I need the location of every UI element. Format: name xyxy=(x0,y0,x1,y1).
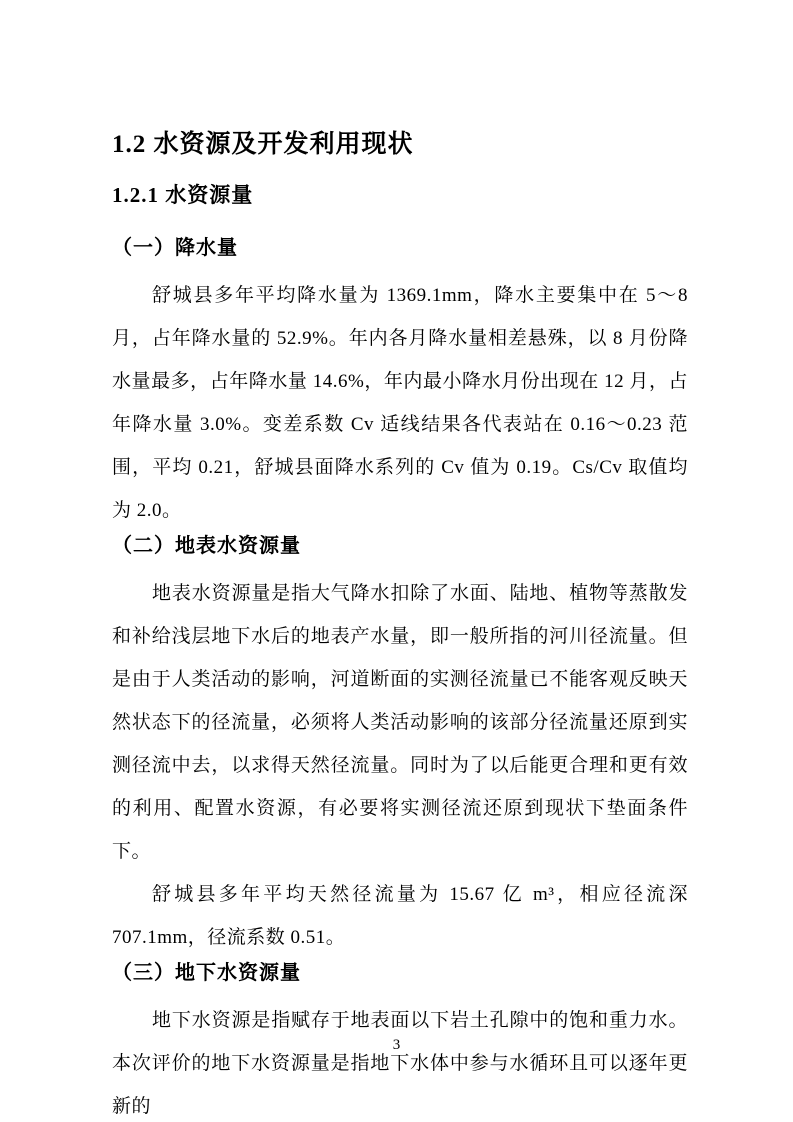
paragraph-precipitation: 舒城县多年平均降水量为 1369.1mm，降水主要集中在 5～8 月，占年降水量… xyxy=(112,274,688,532)
section-heading-water-resources-amount: 1.2.1 水资源量 xyxy=(112,182,688,208)
paragraph-groundwater: 地下水资源是指赋存于地表面以下岩土孔隙中的饱和重力水。本次评价的地下水资源量是指… xyxy=(112,999,688,1122)
page-number: 3 xyxy=(0,1036,793,1054)
subsection-heading-precipitation: （一）降水量 xyxy=(112,236,688,260)
subsection-heading-surface-water: （二）地表水资源量 xyxy=(112,534,688,558)
chapter-heading: 1.2 水资源及开发利用现状 xyxy=(112,130,688,160)
paragraph-surface-water-definition: 地表水资源量是指大气降水扣除了水面、陆地、植物等蒸散发和补给浅层地下水后的地表产… xyxy=(112,572,688,873)
document-page: 1.2 水资源及开发利用现状 1.2.1 水资源量 （一）降水量 舒城县多年平均… xyxy=(0,0,793,1122)
paragraph-surface-water-runoff: 舒城县多年平均天然径流量为 15.67 亿 m³，相应径流深 707.1mm，径… xyxy=(112,873,688,959)
subsection-heading-groundwater: （三）地下水资源量 xyxy=(112,961,688,985)
